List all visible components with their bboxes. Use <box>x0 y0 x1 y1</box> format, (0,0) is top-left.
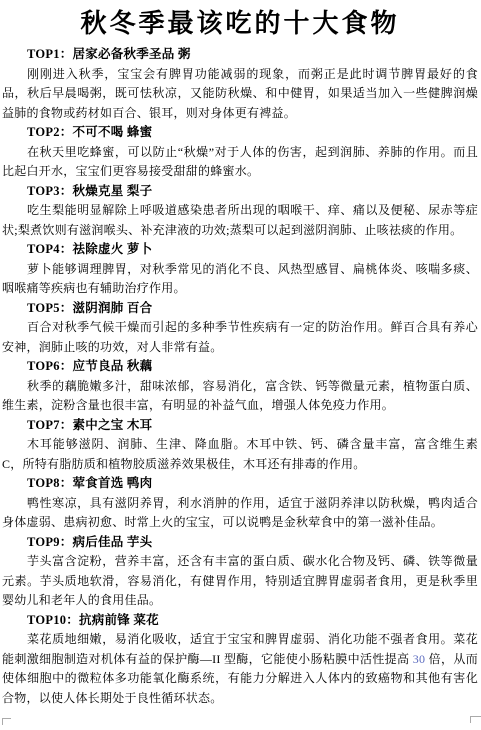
section-title: 居家必备秋季圣品 粥 <box>72 47 190 61</box>
section-title: 荤食首选 鸭肉 <box>72 476 152 490</box>
section-body: 萝卜能够调理脾胃，对秋季常见的消化不良、风热型感冒、扁桃体炎、咳喘多痰、咽喉痛等… <box>2 260 478 299</box>
section-top5: TOP5：滋阴润肺 百合 百合对秋季气候干燥而引起的多种季节性疾病有一定的防治作… <box>2 299 478 358</box>
section-body: 鸭性寒凉，具有滋阴养胃，利水消肿的作用，适宜于滋阴养津以防秋燥，鸭肉适合身体虚弱… <box>2 494 478 533</box>
section-rank-label: TOP6： <box>27 359 72 373</box>
section-rank-label: TOP8： <box>27 476 72 490</box>
section-heading: TOP1：居家必备秋季圣品 粥 <box>2 45 478 65</box>
section-top8: TOP8：荤食首选 鸭肉 鸭性寒凉，具有滋阴养胃，利水消肿的作用，适宜于滋阴养津… <box>2 474 478 533</box>
section-top4: TOP4：祛除虚火 萝卜 萝卜能够调理脾胃，对秋季常见的消化不良、风热型感冒、扁… <box>2 240 478 299</box>
section-heading: TOP4：祛除虚火 萝卜 <box>2 240 478 260</box>
section-heading: TOP3：秋燥克星 梨子 <box>2 182 478 202</box>
section-top1: TOP1：居家必备秋季圣品 粥 刚刚进入秋季，宝宝会有脾胃功能减弱的现象，而粥正… <box>2 45 478 123</box>
section-heading: TOP10：抗病前锋 菜花 <box>2 611 478 631</box>
section-top10: TOP10：抗病前锋 菜花 菜花质地细嫩，易消化吸收，适宜于宝宝和脾胃虚弱、消化… <box>2 611 478 709</box>
section-rank-label: TOP5： <box>27 301 72 315</box>
section-body: 菜花质地细嫩，易消化吸收，适宜于宝宝和脾胃虚弱、消化功能不强者食用。菜花能刺激细… <box>2 630 478 708</box>
highlighted-number: 30 <box>413 652 426 666</box>
section-rank-label: TOP1： <box>27 47 72 61</box>
section-rank-label: TOP7： <box>27 418 72 432</box>
section-rank-label: TOP9： <box>27 535 72 549</box>
section-rank-label: TOP3： <box>27 184 72 198</box>
section-rank-label: TOP4： <box>27 242 72 256</box>
section-heading: TOP7：素中之宝 木耳 <box>2 416 478 436</box>
section-heading: TOP6：应节良品 秋藕 <box>2 357 478 377</box>
page-title: 秋冬季最该吃的十大食物 <box>2 6 478 42</box>
section-body: 在秋天里吃蜂蜜，可以防止“秋燥”对于人体的伤害，起到润肺、养肺的作用。而且比起白… <box>2 143 478 182</box>
section-title: 抗病前锋 菜花 <box>79 613 159 627</box>
section-rank-label: TOP10： <box>27 613 79 627</box>
section-body: 芋头富含淀粉，营养丰富，还含有丰富的蛋白质、碳水化合物及钙、磷、铁等微量元素。芋… <box>2 552 478 611</box>
section-heading: TOP8：荤食首选 鸭肉 <box>2 474 478 494</box>
text-boundary-mark-left <box>2 718 11 725</box>
section-title: 素中之宝 木耳 <box>72 418 152 432</box>
section-top2: TOP2：不可不喝 蜂蜜 在秋天里吃蜂蜜，可以防止“秋燥”对于人体的伤害，起到润… <box>2 123 478 182</box>
section-rank-label: TOP2： <box>27 125 72 139</box>
section-heading: TOP5：滋阴润肺 百合 <box>2 299 478 319</box>
document: 秋冬季最该吃的十大食物 TOP1：居家必备秋季圣品 粥 刚刚进入秋季，宝宝会有脾… <box>0 0 481 708</box>
section-heading: TOP9：病后佳品 芋头 <box>2 533 478 553</box>
section-body-text: 菜花质地细嫩，易消化吸收，适宜于宝宝和脾胃虚弱、消化功能不强者食用。菜花能刺激细… <box>2 632 478 666</box>
section-title: 祛除虚火 萝卜 <box>72 242 152 256</box>
section-top6: TOP6：应节良品 秋藕 秋季的藕脆嫩多汁，甜味浓郁，容易消化，富含铁、钙等微量… <box>2 357 478 416</box>
section-body: 百合对秋季气候干燥而引起的多种季节性疾病有一定的防治作用。鲜百合具有养心安神，润… <box>2 318 478 357</box>
section-title: 应节良品 秋藕 <box>72 359 152 373</box>
section-body: 刚刚进入秋季，宝宝会有脾胃功能减弱的现象，而粥正是此时调节脾胃最好的食品，秋后早… <box>2 65 478 124</box>
section-title: 秋燥克星 梨子 <box>72 184 152 198</box>
section-body: 吃生梨能明显解除上呼吸道感染患者所出现的咽喉干、痒、痛以及便秘、尿赤等症状;梨煮… <box>2 201 478 240</box>
section-heading: TOP2：不可不喝 蜂蜜 <box>2 123 478 143</box>
section-top7: TOP7：素中之宝 木耳 木耳能够滋阴、润肺、生津、降血脂。木耳中铁、钙、磷含量… <box>2 416 478 475</box>
section-title: 滋阴润肺 百合 <box>72 301 152 315</box>
section-title: 不可不喝 蜂蜜 <box>72 125 152 139</box>
section-top9: TOP9：病后佳品 芋头 芋头富含淀粉，营养丰富，还含有丰富的蛋白质、碳水化合物… <box>2 533 478 611</box>
section-title: 病后佳品 芋头 <box>72 535 152 549</box>
section-body: 木耳能够滋阴、润肺、生津、降血脂。木耳中铁、钙、磷含量丰富，富含维生素 C，所特… <box>2 435 478 474</box>
section-body: 秋季的藕脆嫩多汁，甜味浓郁，容易消化，富含铁、钙等微量元素，植物蛋白质、维生素，… <box>2 377 478 416</box>
text-boundary-mark-right <box>470 716 481 723</box>
section-top3: TOP3：秋燥克星 梨子 吃生梨能明显解除上呼吸道感染患者所出现的咽喉干、痒、痛… <box>2 182 478 241</box>
